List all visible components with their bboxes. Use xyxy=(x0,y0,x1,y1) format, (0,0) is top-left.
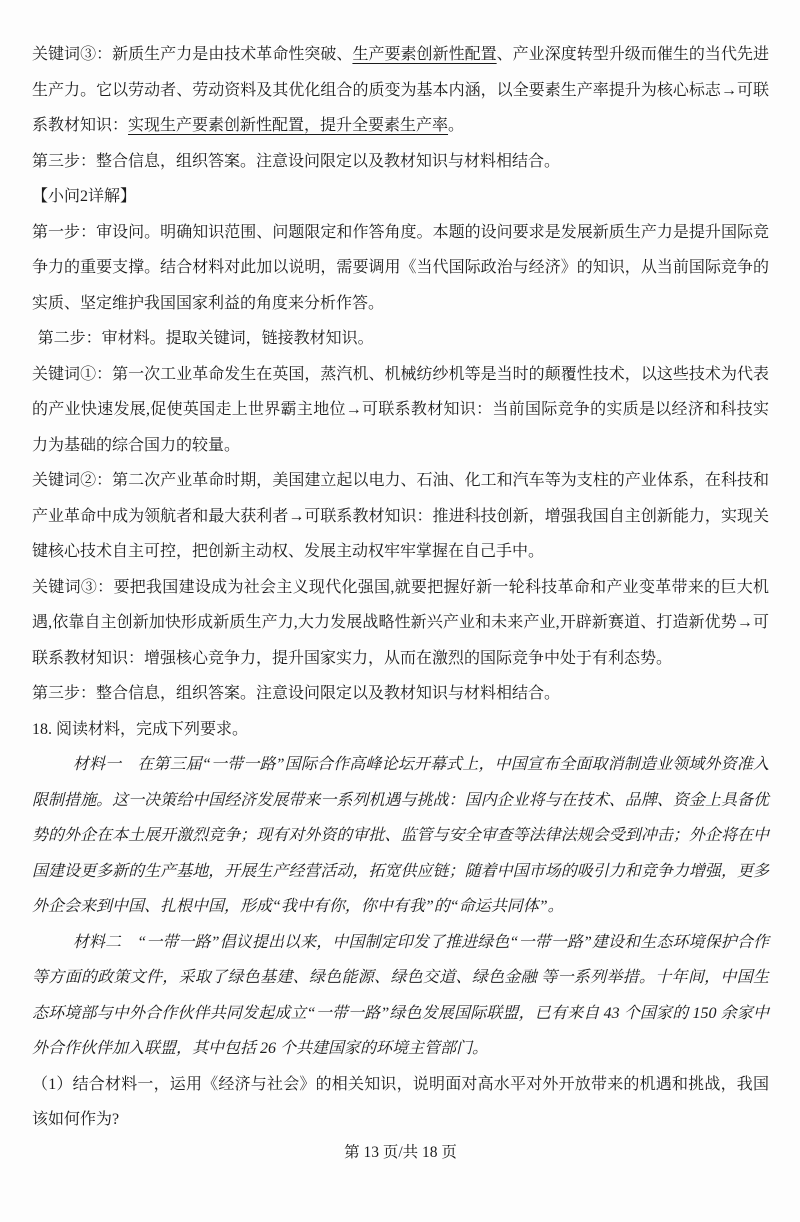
page-footer: 第 13 页/共 18 页 xyxy=(32,1141,769,1165)
answer-keyword3-q1-paragraph: 关键词③：新质生产力是由技术革命性突破、生产要素创新性配置、产业深度转型升级而催… xyxy=(32,37,769,144)
underlined-keyphrase: 实现生产要素创新性配置，提升全要素生产率 xyxy=(128,117,448,134)
material-2-paragraph: 材料二 “一带一路”倡议提出以来，中国制定印发了推进绿色“一带一路”建设和生态环… xyxy=(32,925,769,1067)
question-18-part1: （1）结合材料一，运用《经济与社会》的相关知识，说明面对高水平对外开放带来的机遇… xyxy=(32,1067,769,1138)
answer-keyword2-paragraph: 关键词②：第二次产业革命时期，美国建立起以电力、石油、化工和汽车等为支柱的产业体… xyxy=(32,463,769,570)
subquestion2-heading: 【小问2详解】 xyxy=(32,179,769,215)
answer-text-segment: 。 xyxy=(448,117,464,134)
answer-step3-q1-paragraph: 第三步：整合信息，组织答案。注意设问限定以及教材知识与材料相结合。 xyxy=(32,144,769,180)
answer-keyword1-paragraph: 关键词①：第一次工业革命发生在英国，蒸汽机、机械纺纱机等是当时的颠覆性技术，以这… xyxy=(32,357,769,464)
underlined-keyphrase: 生产要素创新性配置 xyxy=(352,46,496,63)
answer-step1-paragraph: 第一步：审设问。明确知识范围、问题限定和作答角度。本题的设问要求是发展新质生产力… xyxy=(32,215,769,322)
answer-step2-paragraph: 第二步：审材料。提取关键词，链接教材知识。 xyxy=(32,321,769,357)
answer-keyword3-paragraph: 关键词③：要把我国建设成为社会主义现代化强国,就要把握好新一轮科技革命和产业变革… xyxy=(32,570,769,677)
document-page: 关键词③：新质生产力是由技术革命性突破、生产要素创新性配置、产业深度转型升级而催… xyxy=(0,0,800,1222)
answer-step3-paragraph: 第三步：整合信息，组织答案。注意设问限定以及教材知识与材料相结合。 xyxy=(32,676,769,712)
answer-text-segment: 关键词③：新质生产力是由技术革命性突破、 xyxy=(32,46,352,63)
material-1-paragraph: 材料一 在第三届“一带一路”国际合作高峰论坛开幕式上，中国宣布全面取消制造业领域… xyxy=(32,747,769,925)
question-18-stem: 18. 阅读材料，完成下列要求。 xyxy=(32,712,769,748)
